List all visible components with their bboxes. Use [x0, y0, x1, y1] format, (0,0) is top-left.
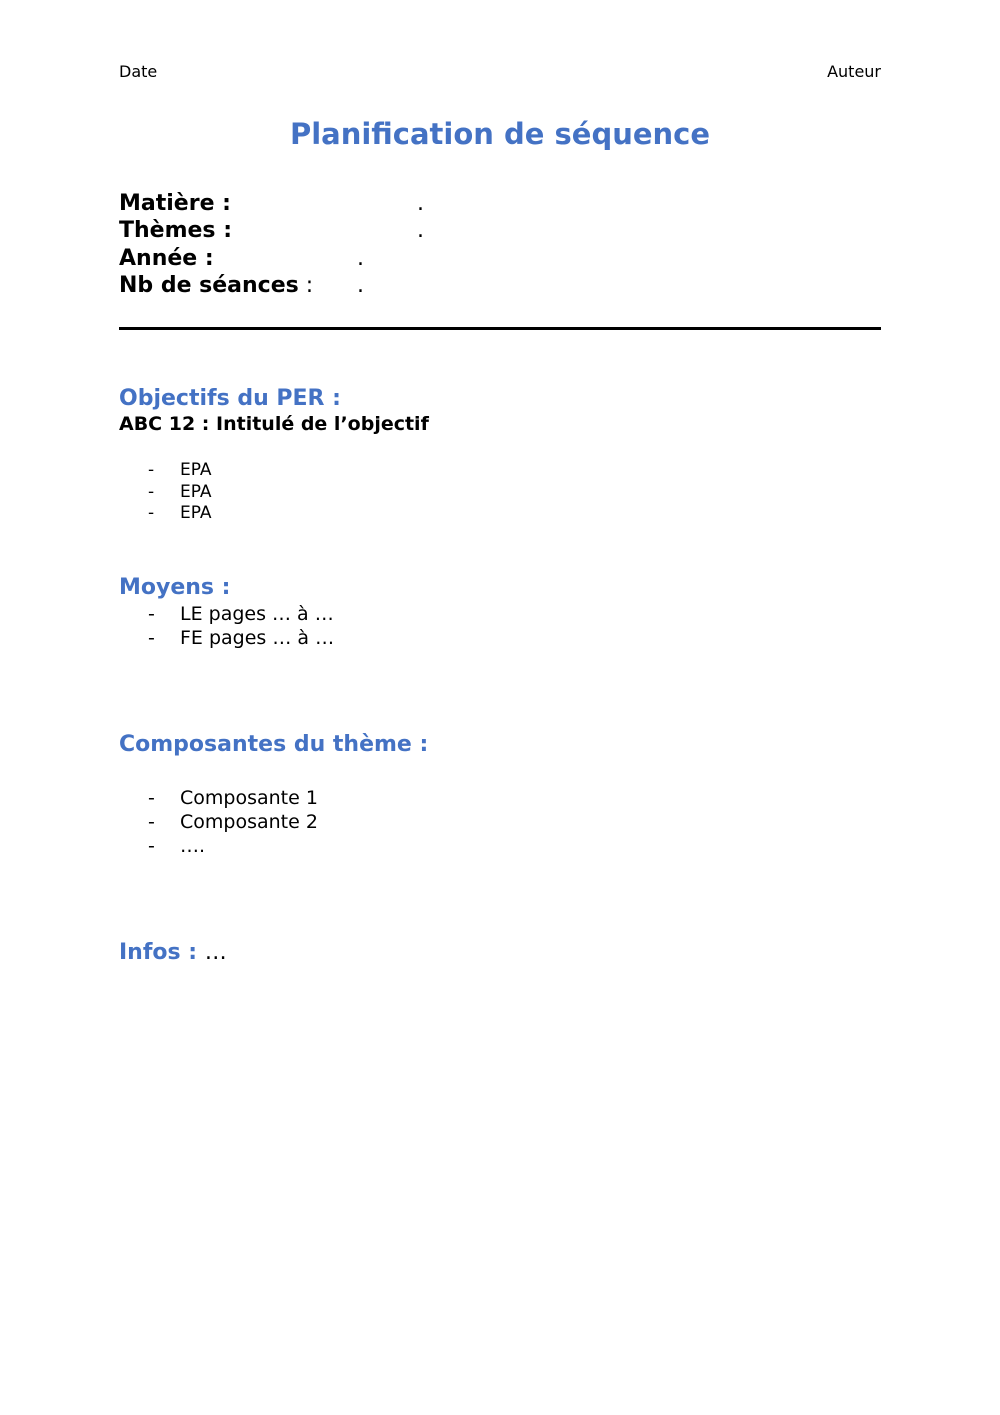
moyens-list: -LE pages … à … -FE pages … à …	[148, 602, 334, 650]
separator-rule	[119, 327, 881, 330]
meta-annee-value: .	[357, 245, 364, 272]
bullet-dash: -	[148, 482, 154, 504]
composantes-title: Composantes du thème :	[119, 732, 428, 757]
meta-annee: Année : .	[119, 245, 214, 272]
bullet-dash: -	[148, 834, 155, 858]
meta-seances-colon: :	[299, 273, 313, 298]
bullet-dash: -	[148, 810, 155, 834]
bullet-dash: -	[148, 460, 154, 482]
objectifs-title: Objectifs du PER :	[119, 386, 341, 411]
list-item: -EPA	[148, 460, 212, 482]
bullet-dash: -	[148, 786, 155, 810]
meta-matiere-label: Matière :	[119, 191, 231, 216]
list-item: -EPA	[148, 503, 212, 525]
list-item-text: Composante 1	[180, 787, 318, 809]
header-date: Date	[119, 62, 157, 81]
list-item-text: LE pages … à …	[180, 603, 334, 625]
meta-themes: Thèmes : .	[119, 217, 232, 244]
epa-list: -EPA -EPA -EPA	[148, 460, 212, 525]
list-item: -LE pages … à …	[148, 602, 334, 626]
list-item: -FE pages … à …	[148, 626, 334, 650]
list-item-text: EPA	[180, 482, 212, 502]
meta-themes-value: .	[417, 217, 424, 244]
list-item-text: EPA	[180, 503, 212, 523]
list-item: -….	[148, 834, 318, 858]
list-item-text: FE pages … à …	[180, 627, 334, 649]
header-author: Auteur	[827, 62, 881, 81]
bullet-dash: -	[148, 626, 155, 650]
meta-matiere-value: .	[417, 190, 424, 217]
meta-matiere: Matière : .	[119, 190, 231, 217]
objective-heading: ABC 12 : Intitulé de l’objectif	[119, 413, 429, 435]
infos-line: Infos : …	[119, 940, 227, 965]
meta-annee-label: Année :	[119, 246, 214, 271]
infos-value: …	[205, 940, 227, 965]
list-item-text: Composante 2	[180, 811, 318, 833]
list-item: -EPA	[148, 482, 212, 504]
bullet-dash: -	[148, 602, 155, 626]
composantes-list: -Composante 1 -Composante 2 -….	[148, 786, 318, 858]
meta-themes-label: Thèmes :	[119, 218, 232, 243]
meta-seances-value: .	[357, 272, 364, 299]
bullet-dash: -	[148, 503, 154, 525]
list-item: -Composante 1	[148, 786, 318, 810]
infos-label: Infos :	[119, 940, 197, 965]
page-title: Planification de séquence	[0, 117, 1000, 151]
list-item-text: ….	[180, 835, 205, 857]
moyens-title: Moyens :	[119, 575, 230, 600]
meta-seances-label: Nb de séances	[119, 273, 299, 298]
list-item-text: EPA	[180, 460, 212, 480]
list-item: -Composante 2	[148, 810, 318, 834]
meta-seances: Nb de séances : .	[119, 272, 313, 299]
